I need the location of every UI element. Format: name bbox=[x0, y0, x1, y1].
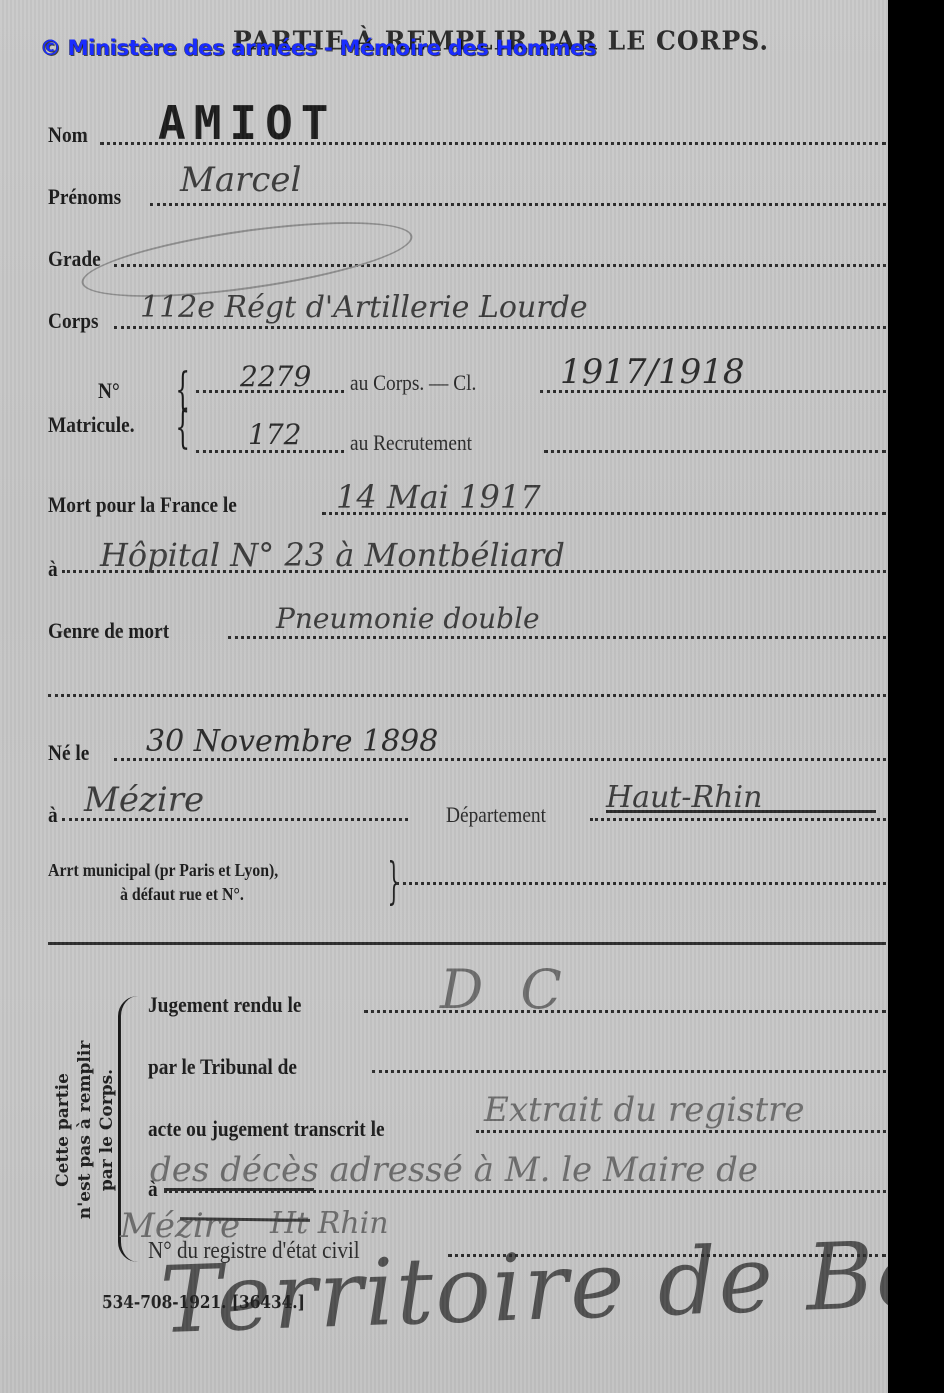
jugement-rendu-value: D C bbox=[440, 958, 572, 1021]
mort-le-label: Mort pour la France le bbox=[48, 492, 237, 518]
transcrit-a-label: à bbox=[148, 1176, 158, 1202]
prenoms-line bbox=[150, 203, 886, 206]
arrondissement-label-line2: à défaut rue et N°. bbox=[120, 884, 244, 905]
matricule-label-line1: N° bbox=[98, 378, 120, 404]
mort-le-value: 14 Mai 1917 bbox=[336, 478, 541, 516]
matricule-recrutement-text: au Recrutement bbox=[350, 430, 472, 456]
corps-line bbox=[114, 326, 886, 329]
prenoms-value: Marcel bbox=[180, 160, 301, 200]
corps-value: 112e Régt d'Artillerie Lourde bbox=[140, 290, 588, 325]
transcrit-line bbox=[476, 1130, 886, 1133]
blank-line bbox=[48, 694, 886, 697]
jugement-rendu-label: Jugement rendu le bbox=[148, 992, 301, 1018]
death-record-card: PARTIE À REMPLIR PAR LE CORPS. © Ministè… bbox=[0, 0, 888, 1393]
tribunal-line bbox=[372, 1070, 886, 1073]
matricule-corps-text: au Corps. — Cl. bbox=[350, 370, 476, 396]
ne-a-label: à bbox=[48, 802, 58, 828]
arrondissement-label-line1: Arrt municipal (pr Paris et Lyon), bbox=[48, 860, 278, 881]
genre-de-mort-line bbox=[228, 636, 886, 639]
transcrit-value: Extrait du registre bbox=[484, 1090, 805, 1130]
territoire-annotation: Territoire de Belfort bbox=[158, 1213, 888, 1354]
recrutement-line bbox=[544, 450, 886, 453]
ne-le-label: Né le bbox=[48, 740, 89, 766]
departement-label: Département bbox=[446, 802, 546, 828]
departement-strikethrough bbox=[606, 810, 876, 813]
genre-de-mort-label: Genre de mort bbox=[48, 618, 169, 644]
transcrit-a-strikethrough bbox=[164, 1188, 314, 1191]
departement-line bbox=[590, 818, 886, 821]
nom-value: AMIOT bbox=[158, 96, 336, 150]
matricule-recrutement-number: 172 bbox=[248, 418, 301, 451]
matricule-label-line2: Matricule. bbox=[48, 412, 135, 438]
genre-de-mort-value: Pneumonie double bbox=[276, 602, 540, 635]
ne-a-value: Mézire bbox=[84, 780, 204, 820]
transcrit-a-value: des décès adressé à M. le Maire de bbox=[150, 1150, 758, 1190]
transcrit-a-cont-struck: Ht Rhin bbox=[270, 1206, 389, 1241]
form-reference-code: 534-708-1921. [36434.] bbox=[102, 1292, 305, 1313]
section-separator bbox=[48, 942, 886, 945]
prenoms-label: Prénoms bbox=[48, 184, 121, 210]
matricule-corps-number: 2279 bbox=[240, 360, 311, 393]
matricule-brace-bottom: { bbox=[175, 404, 190, 458]
classe-value: 1917/1918 bbox=[560, 352, 745, 392]
side-note-line3: par le Corps. bbox=[96, 1030, 118, 1230]
arrondissement-brace: { bbox=[388, 852, 401, 910]
mort-a-label: à bbox=[48, 556, 58, 582]
side-note: Cette partie n'est pas à remplir par le … bbox=[52, 1030, 118, 1230]
nom-label: Nom bbox=[48, 122, 88, 148]
arrondissement-line bbox=[396, 882, 886, 885]
transcrit-label: acte ou jugement transcrit le bbox=[148, 1116, 385, 1142]
side-note-line2: n'est pas à remplir bbox=[74, 1030, 96, 1230]
tribunal-label: par le Tribunal de bbox=[148, 1054, 297, 1080]
copyright-watermark: © Ministère des armées - Mémoire des Hom… bbox=[40, 36, 596, 60]
mort-a-value: Hôpital N° 23 à Montbéliard bbox=[100, 536, 565, 574]
side-note-line1: Cette partie bbox=[52, 1030, 74, 1230]
ne-le-value: 30 Novembre 1898 bbox=[146, 724, 438, 759]
corps-label: Corps bbox=[48, 308, 99, 334]
